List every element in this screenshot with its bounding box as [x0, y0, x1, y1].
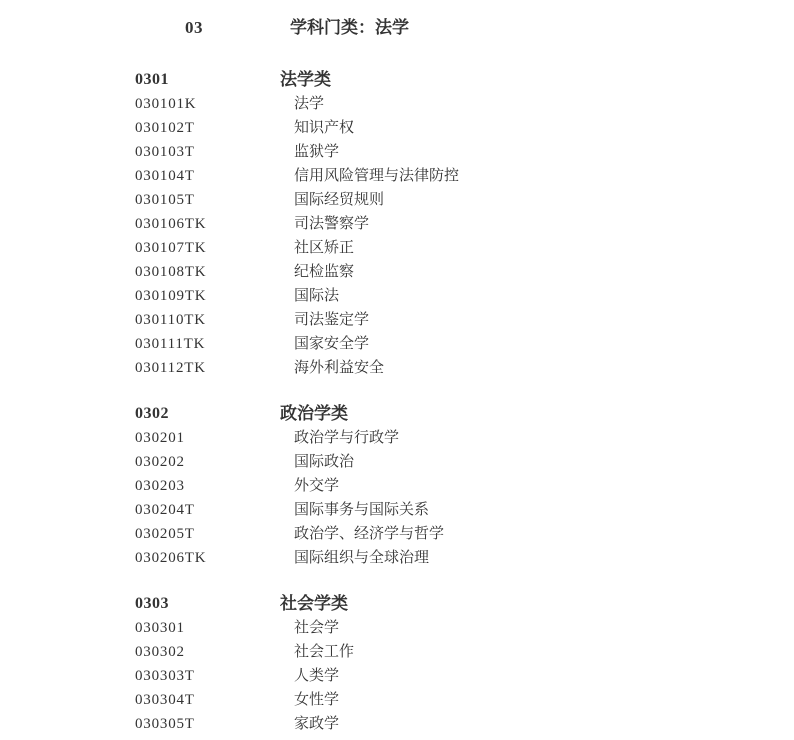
major-name: 社会学: [280, 616, 339, 640]
major-code: 030202: [135, 450, 280, 474]
major-name: 法学: [280, 92, 324, 116]
major-code: 030206TK: [135, 546, 280, 570]
major-row: 030106TK司法警察学: [0, 212, 794, 236]
category-code: 0303: [135, 592, 280, 616]
major-name: 女性学: [280, 688, 339, 712]
major-row: 030104T信用风险管理与法律防控: [0, 164, 794, 188]
major-row: 030111TK国家安全学: [0, 332, 794, 356]
major-name: 国际事务与国际关系: [280, 498, 429, 522]
major-row: 030101K法学: [0, 92, 794, 116]
major-code: 030109TK: [135, 284, 280, 308]
major-row: 030108TK纪检监察: [0, 260, 794, 284]
discipline-section: 0302政治学类030201政治学与行政学030202国际政治030203外交学…: [0, 402, 794, 570]
document-header: 03学科门类：法学: [0, 0, 794, 40]
major-name: 纪检监察: [280, 260, 354, 284]
category-name: 法学类: [280, 68, 331, 92]
major-row: 030109TK国际法: [0, 284, 794, 308]
major-row: 030203外交学: [0, 474, 794, 498]
major-row: 030205T政治学、经济学与哲学: [0, 522, 794, 546]
major-code: 030102T: [135, 116, 280, 140]
major-code: 030108TK: [135, 260, 280, 284]
category-row: 0301法学类: [0, 68, 794, 92]
major-row: 030304T女性学: [0, 688, 794, 712]
major-name: 社区矫正: [280, 236, 354, 260]
major-name: 政治学、经济学与哲学: [280, 522, 444, 546]
major-row: 030102T知识产权: [0, 116, 794, 140]
major-code: 030112TK: [135, 356, 280, 380]
major-name: 国际政治: [280, 450, 354, 474]
major-code: 030303T: [135, 664, 280, 688]
major-name: 国际组织与全球治理: [280, 546, 429, 570]
major-name: 知识产权: [280, 116, 354, 140]
major-code: 030101K: [135, 92, 280, 116]
major-code: 030305T: [135, 712, 280, 736]
major-name: 政治学与行政学: [280, 426, 399, 450]
major-row: 030105T国际经贸规则: [0, 188, 794, 212]
major-row: 030301社会学: [0, 616, 794, 640]
major-code: 030203: [135, 474, 280, 498]
major-code: 030103T: [135, 140, 280, 164]
major-code: 030201: [135, 426, 280, 450]
major-name: 家政学: [280, 712, 339, 736]
major-name: 国际经贸规则: [280, 188, 384, 212]
major-code: 030110TK: [135, 308, 280, 332]
category-code: 0302: [135, 402, 280, 426]
major-code: 030107TK: [135, 236, 280, 260]
major-code: 030204T: [135, 498, 280, 522]
major-name: 人类学: [280, 664, 339, 688]
major-row: 030202国际政治: [0, 450, 794, 474]
major-name: 监狱学: [280, 140, 339, 164]
major-code: 030105T: [135, 188, 280, 212]
category-code: 0301: [135, 68, 280, 92]
discipline-section: 0303社会学类030301社会学030302社会工作030303T人类学030…: [0, 592, 794, 736]
major-code: 030104T: [135, 164, 280, 188]
major-code: 030302: [135, 640, 280, 664]
major-name: 司法警察学: [280, 212, 369, 236]
major-code: 030304T: [135, 688, 280, 712]
major-row: 030204T国际事务与国际关系: [0, 498, 794, 522]
major-code: 030301: [135, 616, 280, 640]
document-page: 03学科门类：法学 0301法学类030101K法学030102T知识产权030…: [0, 0, 794, 740]
major-row: 030107TK社区矫正: [0, 236, 794, 260]
major-row: 030110TK司法鉴定学: [0, 308, 794, 332]
major-code: 030111TK: [135, 332, 280, 356]
discipline-category-code: 03: [185, 16, 290, 40]
major-row: 030305T家政学: [0, 712, 794, 736]
category-name: 政治学类: [280, 402, 348, 426]
category-name: 社会学类: [280, 592, 348, 616]
discipline-section: 0301法学类030101K法学030102T知识产权030103T监狱学030…: [0, 68, 794, 380]
major-row: 030103T监狱学: [0, 140, 794, 164]
category-row: 0302政治学类: [0, 402, 794, 426]
major-name: 海外利益安全: [280, 356, 384, 380]
major-row: 030201政治学与行政学: [0, 426, 794, 450]
major-row: 030206TK国际组织与全球治理: [0, 546, 794, 570]
major-row: 030302社会工作: [0, 640, 794, 664]
major-row: 030112TK海外利益安全: [0, 356, 794, 380]
major-name: 国际法: [280, 284, 339, 308]
major-code: 030106TK: [135, 212, 280, 236]
page-title: 学科门类：法学: [290, 18, 409, 37]
major-row: 030303T人类学: [0, 664, 794, 688]
sections-container: 0301法学类030101K法学030102T知识产权030103T监狱学030…: [0, 68, 794, 736]
category-row: 0303社会学类: [0, 592, 794, 616]
major-name: 外交学: [280, 474, 339, 498]
major-code: 030205T: [135, 522, 280, 546]
major-name: 社会工作: [280, 640, 354, 664]
major-name: 司法鉴定学: [280, 308, 369, 332]
major-name: 国家安全学: [280, 332, 369, 356]
major-name: 信用风险管理与法律防控: [280, 164, 459, 188]
